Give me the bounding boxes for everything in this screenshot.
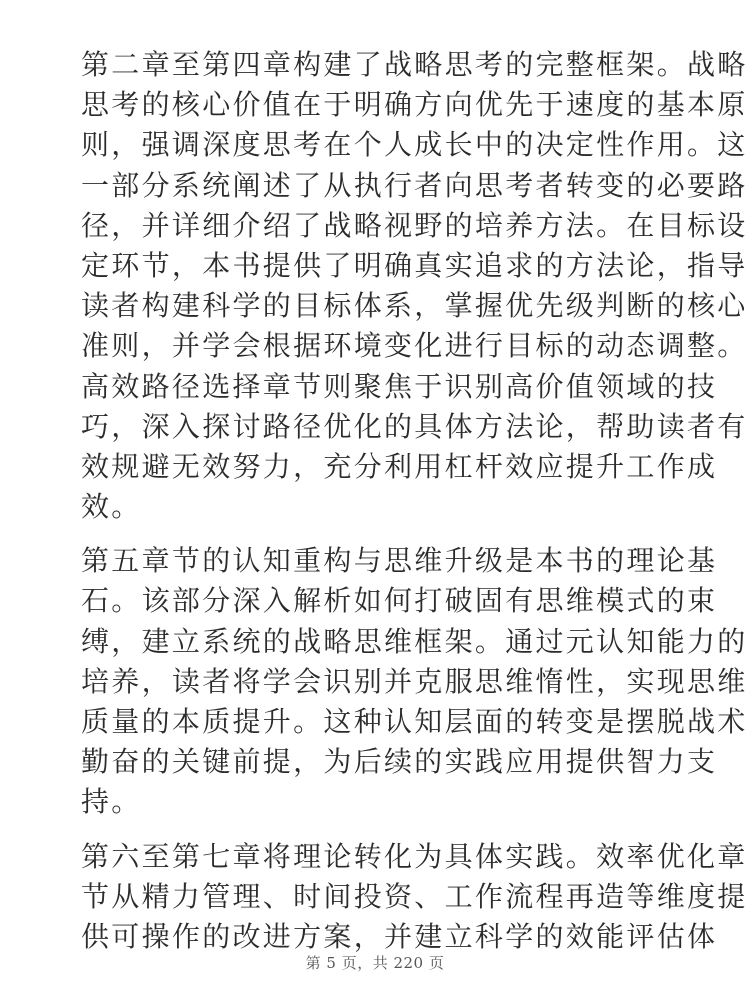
text-line: 则，强调深度思考在个人成长中的决定性作用。这 xyxy=(81,125,681,165)
text-line: 读者构建科学的目标体系，掌握优先级判断的核心 xyxy=(81,286,681,326)
text-line: 高效路径选择章节则聚焦于识别高价值领域的技 xyxy=(81,367,681,407)
text-line: 思考的核心价值在于明确方向优先于速度的基本原 xyxy=(81,85,681,125)
text-line: 质量的本质提升。这种认知层面的转变是摆脱战术 xyxy=(81,702,681,742)
text-line: 准则，并学会根据环境变化进行目标的动态调整。 xyxy=(81,326,681,366)
text-line: 效。 xyxy=(81,487,681,527)
text-line: 定环节，本书提供了明确真实追求的方法论，指导 xyxy=(81,246,681,286)
body-text: 第二章至第四章构建了战略思考的完整框架。战略 思考的核心价值在于明确方向优先于速… xyxy=(81,45,681,971)
text-line: 一部分系统阐述了从执行者向思考者转变的必要路 xyxy=(81,166,681,206)
document-page: 第二章至第四章构建了战略思考的完整框架。战略 思考的核心价值在于明确方向优先于速… xyxy=(0,0,750,1000)
text-line: 节从精力管理、时间投资、工作流程再造等维度提 xyxy=(81,877,681,917)
text-line: 勤奋的关键前提，为后续的实践应用提供智力支 xyxy=(81,742,681,782)
text-line: 培养，读者将学会识别并克服思维惰性，实现思维 xyxy=(81,662,681,702)
paragraph-3: 第六至第七章将理论转化为具体实践。效率优化章 节从精力管理、时间投资、工作流程再… xyxy=(81,837,681,958)
paragraph-2: 第五章节的认知重构与思维升级是本书的理论基 石。该部分深入解析如何打破固有思维模… xyxy=(81,541,681,822)
text-line: 径，并详细介绍了战略视野的培养方法。在目标设 xyxy=(81,206,681,246)
text-line: 第二章至第四章构建了战略思考的完整框架。战略 xyxy=(81,45,681,85)
text-line: 第五章节的认知重构与思维升级是本书的理论基 xyxy=(81,541,681,581)
text-line: 持。 xyxy=(81,782,681,822)
text-line: 巧，深入探讨路径优化的具体方法论，帮助读者有 xyxy=(81,407,681,447)
page-indicator: 第 5 页，共 220 页 xyxy=(0,952,750,973)
text-line: 第六至第七章将理论转化为具体实践。效率优化章 xyxy=(81,837,681,877)
text-line: 效规避无效努力，充分利用杠杆效应提升工作成 xyxy=(81,447,681,487)
text-line: 缚，建立系统的战略思维框架。通过元认知能力的 xyxy=(81,622,681,662)
text-line: 石。该部分深入解析如何打破固有思维模式的束 xyxy=(81,581,681,621)
paragraph-1: 第二章至第四章构建了战略思考的完整框架。战略 思考的核心价值在于明确方向优先于速… xyxy=(81,45,681,527)
